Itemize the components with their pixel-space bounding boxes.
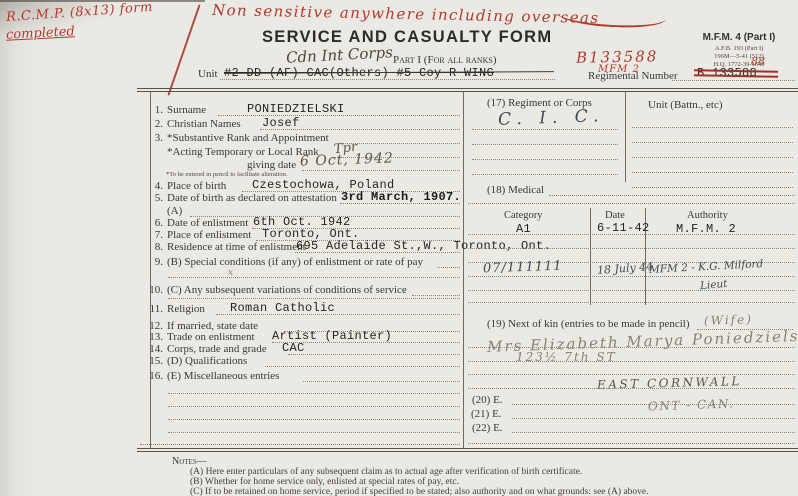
- field-15: 15.(D) Qualifications: [148, 355, 247, 367]
- scanned-service-casualty-form: R.C.M.P. (8x13) form completed Non sensi…: [0, 0, 798, 496]
- s17-right-leader-1: [632, 127, 793, 128]
- s19-leader-5: [468, 388, 795, 389]
- blank-leader-1: [168, 393, 460, 394]
- christian-names-value: Josef: [262, 116, 300, 130]
- field-3: 3.*Substantive Rank and Appointment: [148, 132, 329, 144]
- s18-leader-1: [549, 195, 795, 196]
- medical-authority-handwritten: MFM 2 - K.G. Milford: [649, 258, 764, 276]
- form-code-main: M.F.M. 4 (Part I): [703, 32, 776, 43]
- s17-right-leader-5: [632, 187, 793, 188]
- section17-column-divider: [625, 91, 626, 182]
- s17-left-leader-1: [472, 129, 618, 130]
- date-of-birth-value: 3rd March, 1907.: [341, 190, 461, 204]
- field-3a: *Acting Temporary or Local Rank: [167, 146, 319, 158]
- field-5: 5.Date of birth as declared on attestati…: [148, 192, 337, 204]
- note-a: (A) Here enter particulars of any subseq…: [190, 467, 582, 477]
- regiment-handwritten: C. I. C.: [498, 106, 605, 130]
- sensitivity-annotation: Non sensitive anywhere including oversea…: [212, 1, 600, 27]
- field-6: 6.Date of enlistment: [148, 217, 248, 229]
- form-code-block: M.F.M. 4 (Part I) A.F.B. 193 (Part I) 19…: [682, 27, 796, 69]
- section-20-label: (20) E.: [472, 394, 503, 406]
- next-of-kin-region-handwritten: ONT - CAN.: [648, 396, 735, 413]
- field-13: 13.Trade on enlistment: [148, 331, 255, 343]
- field-14: 14.Corps, trade and grade: [148, 343, 267, 355]
- field-16: 16.(E) Miscellaneous entries: [148, 370, 279, 382]
- left-border-rule: [150, 91, 151, 448]
- religion-value: Roman Catholic: [230, 301, 335, 315]
- field-3-leader: [342, 143, 460, 144]
- note-c: (C) If to be retained on home service, p…: [190, 487, 649, 496]
- s18-leader-2: [468, 203, 795, 204]
- medical-date-typed: 6-11-42: [597, 221, 650, 235]
- field-3-footnote: *To be entered in pencil to facilitate a…: [166, 171, 288, 178]
- regimental-value: B 133588: [697, 66, 757, 80]
- blank-leader-3: [168, 419, 460, 420]
- blank-leader-2: [168, 406, 460, 407]
- next-of-kin-city-handwritten: EAST CORNWALL: [597, 374, 742, 392]
- field-5a: (A): [167, 205, 182, 217]
- part-line: Part I (For all ranks): [393, 54, 497, 66]
- medical-row-leader-1: [468, 234, 795, 235]
- s17-left-leader-3: [472, 159, 618, 160]
- field-8: 8.Residence at time of enlistment: [148, 241, 306, 253]
- regimental-label: Regimental Number: [588, 70, 678, 82]
- field-9: 9.(B) Special conditions (if any) of enl…: [148, 256, 423, 268]
- field-4: 4.Place of birth: [148, 180, 226, 192]
- field-9-pencil-mark: x: [228, 268, 233, 278]
- s19-leader-2: [468, 347, 795, 348]
- rcmp-annotation-line1: R.C.M.P. (8x13) form: [6, 0, 154, 25]
- medical-header-authority: Authority: [687, 210, 728, 221]
- s21-leader: [512, 418, 795, 419]
- corps-trade-grade-value: CAC: [282, 341, 305, 355]
- medical-row-leader-4: [468, 276, 795, 277]
- field-10-continuation-leader: [168, 298, 460, 299]
- section-18-label: (18) Medical: [487, 184, 544, 196]
- rcmp-annotation-line2: completed: [6, 24, 76, 43]
- notes-heading: Notes—: [172, 456, 207, 467]
- field-14-leader: [288, 354, 460, 355]
- residence-value: 695 Adelaide St.,W., Toronto, Ont.: [296, 239, 551, 253]
- center-divider-rule: [463, 91, 464, 448]
- medical-header-date: Date: [605, 210, 625, 221]
- field-7: 7.Place of enlistment: [148, 229, 251, 241]
- blank-leader-4: [168, 432, 460, 433]
- red-underline-flourish: [558, 13, 666, 30]
- field-9-continuation-leader: [168, 277, 460, 278]
- section-19-label: (19) Next of kin (entries to be made in …: [487, 318, 690, 330]
- s22-blank-leader: [468, 443, 795, 444]
- section-22-label: (22) E.: [472, 422, 503, 434]
- medical-category-handwritten: 07/111111: [483, 259, 563, 277]
- field-3b-leader: [302, 170, 460, 171]
- medical-authority-rank-handwritten: Lieut: [700, 278, 728, 292]
- scan-edge-artifact: [0, 0, 205, 2]
- s22-leader: [512, 432, 795, 433]
- top-double-rule: [137, 88, 798, 92]
- giving-date-handwritten: 6 Oct, 1942: [300, 150, 394, 169]
- field-10-leader: [412, 295, 460, 296]
- section-21-label: (21) E.: [471, 408, 502, 420]
- s19-leader-4: [468, 374, 795, 375]
- blank-leader-5: [140, 444, 460, 445]
- next-of-kin-relation-handwritten: (Wife): [704, 312, 753, 328]
- regimental-dotted-leader: [672, 80, 795, 81]
- field-9-leader: [437, 267, 460, 268]
- s17-left-leader-4: [472, 174, 618, 175]
- unit-label: Unit: [198, 68, 218, 80]
- field-15-leader: [265, 366, 460, 367]
- s17-right-leader-4: [632, 172, 793, 173]
- red-slash-mark: [167, 4, 200, 95]
- field-1: 1.Surname: [148, 104, 206, 116]
- unit-dotted-leader: [220, 79, 555, 80]
- s19-leader-3: [468, 361, 795, 362]
- field-3b: giving date: [247, 159, 296, 171]
- s17-left-leader-2: [472, 144, 618, 145]
- bottom-double-rule: [137, 448, 798, 452]
- form-code-3: 196M—5-41 (512): [682, 53, 796, 61]
- medical-header-category: Category: [504, 210, 543, 221]
- note-b: (B) Whether for home service only, enlis…: [190, 477, 459, 487]
- field-10: 10.(C) Any subsequent variations of cond…: [148, 284, 407, 296]
- form-code-2: A.F.B. 193 (Part I): [682, 45, 796, 53]
- surname-value: PONIEDZIELSKI: [247, 102, 345, 116]
- medical-row-leader-6: [468, 302, 795, 303]
- field-2: 2.Christian Names: [148, 118, 241, 130]
- s17-right-leader-2: [632, 142, 793, 143]
- field-11: 11.Religion: [148, 303, 205, 315]
- medical-row-leader-2: [468, 248, 795, 249]
- medical-row-leader-5: [468, 290, 795, 291]
- form-title: SERVICE AND CASUALTY FORM: [262, 28, 552, 47]
- s17-right-leader-3: [632, 157, 793, 158]
- section-17-unit-label: Unit (Battn., etc): [648, 99, 723, 111]
- field-16-leader: [303, 381, 460, 382]
